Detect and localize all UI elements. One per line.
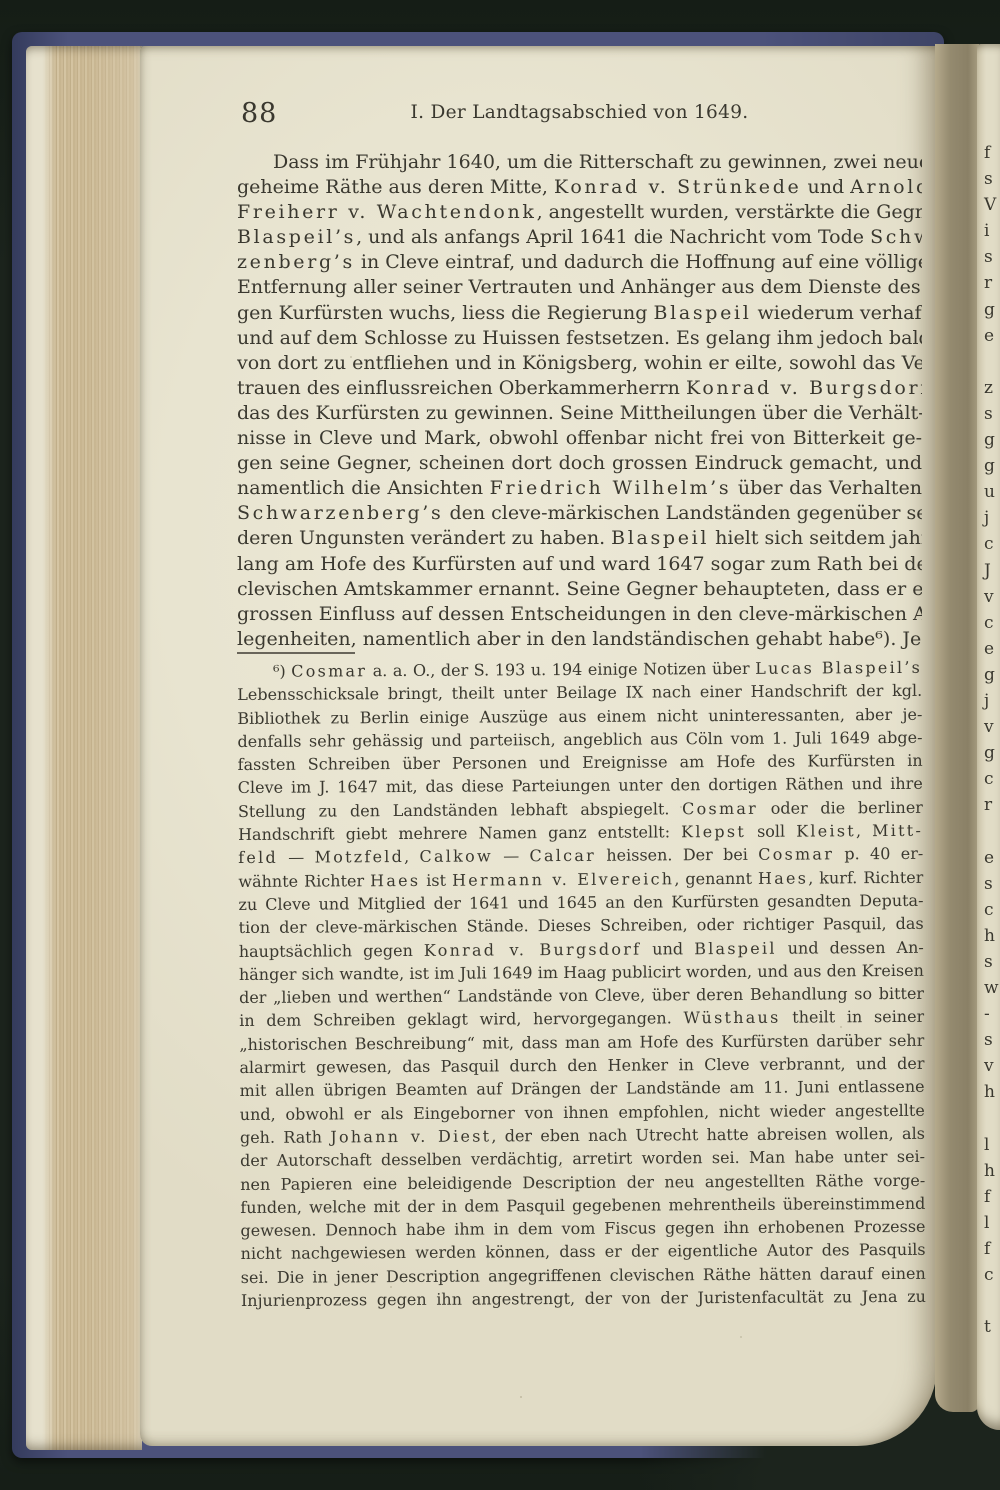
facing-line-fragment: r bbox=[984, 270, 1000, 296]
facing-line-fragment: c bbox=[984, 610, 1000, 636]
facing-line-fragment: s bbox=[984, 1027, 1000, 1053]
letterspaced-name: Cosmar bbox=[682, 799, 758, 818]
text-line: der Autorschaft desselben verdächtig, ar… bbox=[240, 1145, 925, 1172]
facing-line-fragment: h bbox=[984, 1158, 1000, 1184]
text-line: deren Ungunsten verändert zu haben. Blas… bbox=[237, 526, 922, 551]
facing-line-fragment: v bbox=[984, 714, 1000, 740]
letterspaced-name: Arnold bbox=[850, 176, 922, 198]
facing-line-fragment: s bbox=[984, 871, 1000, 897]
facing-line-fragment: h bbox=[984, 1079, 1000, 1105]
facing-line-fragment bbox=[984, 818, 1000, 844]
letterspaced-name: Klepst bbox=[681, 822, 746, 841]
facing-line-fragment: f bbox=[984, 1236, 1000, 1262]
letterspaced-name: Schwar- bbox=[870, 226, 922, 248]
facing-line-fragment: h bbox=[984, 923, 1000, 949]
facing-line-fragment: c bbox=[984, 766, 1000, 792]
text-line: namentlich die Ansichten Friedrich Wilhe… bbox=[237, 476, 922, 501]
text-line: Blaspeil’s, und als anfangs April 1641 d… bbox=[237, 225, 922, 250]
facing-line-fragment: v bbox=[984, 1053, 1000, 1079]
facing-line-fragment: g bbox=[984, 427, 1000, 453]
page-edge-stack bbox=[26, 46, 142, 1450]
facing-line-fragment: g bbox=[984, 740, 1000, 766]
letterspaced-name: Motzfeld bbox=[314, 847, 404, 867]
letterspaced-name: Mitt- bbox=[872, 821, 923, 840]
facing-line-fragment: g bbox=[984, 453, 1000, 479]
running-header: I. Der Landtagsabschied von 1649. bbox=[237, 102, 922, 123]
facing-line-fragment: i bbox=[984, 218, 1000, 244]
facing-line-fragment: c bbox=[984, 897, 1000, 923]
letterspaced-name: Johann v. Diest bbox=[330, 1126, 491, 1146]
letterspaced-name: Calkow bbox=[419, 847, 492, 866]
paper-speckles bbox=[140, 46, 142, 48]
page-header-row: 88 I. Der Landtagsabschied von 1649. bbox=[237, 102, 922, 130]
letterspaced-name: Calcar bbox=[529, 846, 596, 865]
footnote-separator bbox=[237, 652, 355, 654]
letterspaced-name: Konrad v. Burgsdorf bbox=[686, 377, 922, 399]
text-line: Freiherr v. Wachtendonk, angestellt wurd… bbox=[237, 200, 922, 225]
facing-line-fragment bbox=[984, 349, 1000, 375]
letterspaced-name: Lucas Blaspeil’s bbox=[755, 658, 922, 678]
text-line: zenberg’s in Cleve eintraf, und dadurch … bbox=[237, 250, 922, 275]
facing-line-fragment: J bbox=[984, 558, 1000, 584]
facing-line-fragment: - bbox=[984, 1001, 1000, 1027]
facing-line-fragment: g bbox=[984, 297, 1000, 323]
facing-line-fragment: l bbox=[984, 1210, 1000, 1236]
letterspaced-name: Schwarzenberg’s bbox=[237, 502, 443, 524]
letterspaced-name: Freiherr v. Wachtendonk bbox=[237, 201, 537, 223]
facing-line-fragment: u bbox=[984, 479, 1000, 505]
text-line: trauen des einflussreichen Oberkammerher… bbox=[237, 376, 922, 401]
facing-line-fragment bbox=[984, 1105, 1000, 1131]
facing-line-fragment: c bbox=[984, 531, 1000, 557]
facing-line-fragment: v bbox=[984, 584, 1000, 610]
gutter-shadow bbox=[935, 44, 979, 1412]
facing-line-fragment: g bbox=[984, 662, 1000, 688]
facing-line-fragment: e bbox=[984, 636, 1000, 662]
text-line: und auf dem Schlosse zu Huissen festsetz… bbox=[237, 326, 922, 351]
facing-line-fragment: V bbox=[984, 192, 1000, 218]
text-line: Entfernung aller seiner Vertrauten und A… bbox=[237, 275, 922, 300]
facing-page-fragments: fsVisrgezsggujcJvcegjvgcreschsw-svhlhflf… bbox=[984, 140, 1000, 1340]
book-page: 88 I. Der Landtagsabschied von 1649. Das… bbox=[140, 46, 937, 1446]
text-line: lang am Hofe des Kurfürsten auf und ward… bbox=[237, 552, 922, 577]
letterspaced-name: Hermann v. Elvereich bbox=[452, 869, 674, 889]
body-text: Dass im Frühjahr 1640, um die Ritterscha… bbox=[237, 150, 922, 652]
facing-line-fragment: l bbox=[984, 1132, 1000, 1158]
facing-line-fragment bbox=[984, 1288, 1000, 1314]
facing-line-fragment: s bbox=[984, 244, 1000, 270]
letterspaced-name: Blaspeil bbox=[694, 938, 777, 958]
text-line: legenheiten, namentlich aber in den land… bbox=[237, 627, 922, 652]
letterspaced-name: Konrad v. Burgsdorf bbox=[424, 939, 641, 959]
facing-line-fragment: s bbox=[984, 401, 1000, 427]
facing-line-fragment: c bbox=[984, 1262, 1000, 1288]
letterspaced-name: Kleist bbox=[796, 821, 856, 840]
letterspaced-name: zenberg’s bbox=[237, 251, 355, 273]
facing-line-fragment: e bbox=[984, 323, 1000, 349]
text-line: Schwarzenberg’s den cleve-märkischen Lan… bbox=[237, 501, 922, 526]
footnote-text: ⁶) Cosmar a. a. O., der S. 193 u. 194 ei… bbox=[237, 656, 926, 1312]
scan-background: { "scan": { "page_number": "88", "runnin… bbox=[0, 0, 1000, 1490]
text-line: Dass im Frühjahr 1640, um die Ritterscha… bbox=[237, 150, 922, 175]
facing-line-fragment: w bbox=[984, 975, 1000, 1001]
facing-page-sliver: fsVisrgezsggujcJvcegjvgcreschsw-svhlhflf… bbox=[977, 44, 1000, 1430]
facing-line-fragment: j bbox=[984, 505, 1000, 531]
letterspaced-name: Blaspeil’s bbox=[237, 226, 356, 248]
letterspaced-name: Cosmar bbox=[758, 845, 834, 864]
letterspaced-name: Blaspeil bbox=[654, 302, 752, 324]
text-line: gen seine Gegner, scheinen dort doch gro… bbox=[237, 451, 922, 476]
facing-line-fragment: s bbox=[984, 166, 1000, 192]
text-line: gen Kurfürsten wuchs, liess die Regierun… bbox=[237, 301, 922, 326]
facing-line-fragment: z bbox=[984, 375, 1000, 401]
facing-line-fragment: f bbox=[984, 140, 1000, 166]
letterspaced-name: Blaspeil bbox=[611, 527, 709, 549]
facing-line-fragment: e bbox=[984, 845, 1000, 871]
letterspaced-name: Friedrich Wilhelm’s bbox=[490, 477, 732, 499]
text-line: clevischen Amtskammer ernannt. Seine Geg… bbox=[237, 577, 922, 602]
text-line: von dort zu entfliehen und in Königsberg… bbox=[237, 351, 922, 376]
letterspaced-name: Cosmar bbox=[291, 661, 367, 680]
text-line: Injurienprozess gegen ihn angestrengt, d… bbox=[241, 1285, 926, 1312]
text-line: nisse in Cleve und Mark, obwohl offenbar… bbox=[237, 426, 922, 451]
text-line: grossen Einfluss auf dessen Entscheidung… bbox=[237, 602, 922, 627]
facing-line-fragment: j bbox=[984, 688, 1000, 714]
facing-line-fragment: t bbox=[984, 1314, 1000, 1340]
text-line: geheime Räthe aus deren Mitte, Konrad v.… bbox=[237, 175, 922, 200]
letterspaced-name: feld bbox=[238, 848, 278, 867]
letterspaced-name: Konrad v. Strünkede bbox=[554, 176, 801, 198]
facing-line-fragment: f bbox=[984, 1184, 1000, 1210]
letterspaced-name: Haes bbox=[758, 868, 808, 887]
facing-line-fragment: r bbox=[984, 792, 1000, 818]
text-line: das des Kurfürsten zu gewinnen. Seine Mi… bbox=[237, 401, 922, 426]
facing-line-fragment: s bbox=[984, 949, 1000, 975]
letterspaced-name: Wüsthaus bbox=[683, 1008, 780, 1028]
letterspaced-name: Haes bbox=[370, 871, 420, 890]
